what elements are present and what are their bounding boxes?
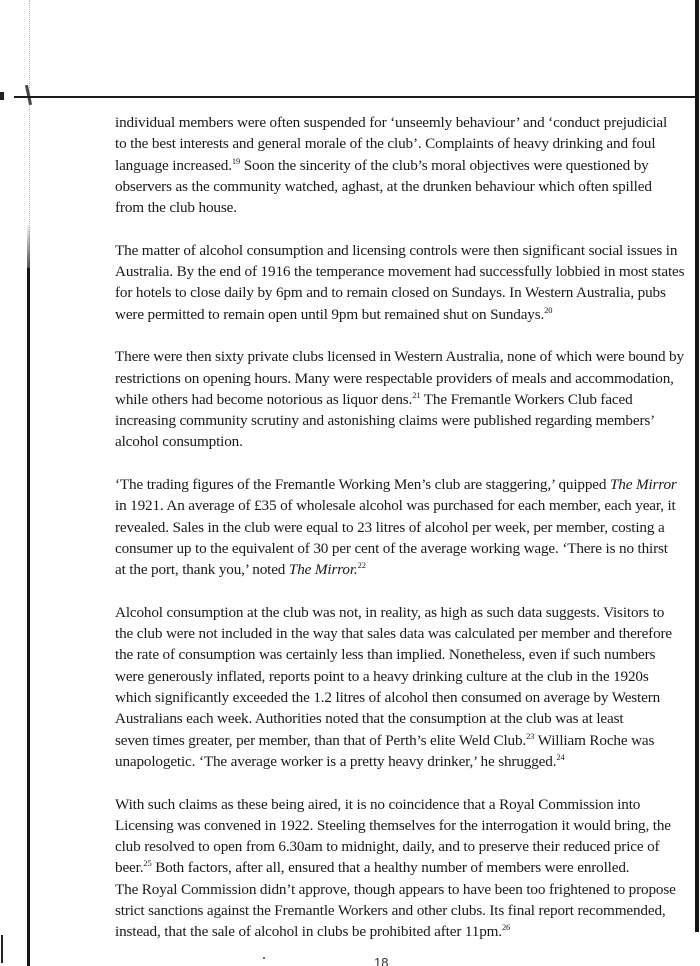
text-line: Alcohol consumption at the club was not,… [115, 602, 655, 623]
text-line: which significantly exceeded the 1.2 lit… [115, 687, 655, 708]
text-line: There were then sixty private clubs lice… [115, 346, 655, 367]
paragraph-1: individual members were often suspended … [115, 112, 655, 218]
footnote-ref: 25 [143, 858, 151, 868]
footnote-ref: 20 [544, 305, 552, 315]
header-rule [14, 96, 698, 98]
text-line: The Royal Commission didn’t approve, tho… [115, 879, 655, 900]
italic-title: The Mirror [610, 476, 677, 493]
page-number: 18 [374, 955, 388, 966]
footnote-ref: 23 [526, 731, 534, 741]
text-line: unapologetic. ‘The average worker is a p… [115, 751, 655, 772]
footnote-ref: 24 [556, 752, 564, 762]
paragraph-4: ‘The trading figures of the Fremantle Wo… [115, 474, 655, 580]
text-line: strict sanctions against the Fremantle W… [115, 900, 655, 921]
text-line: individual members were often suspended … [115, 112, 655, 133]
text-line: Australians each week. Authorities noted… [115, 708, 655, 729]
text-line: for hotels to close daily by 6pm and to … [115, 282, 655, 303]
crop-mark-tick [0, 92, 4, 100]
text-line: the rate of consumption was certainly le… [115, 644, 655, 665]
text-line: were permitted to remain open until 9pm … [115, 304, 655, 325]
text-line: consumer up to the equivalent of 30 per … [115, 538, 655, 559]
text-line: at the port, thank you,’ noted The Mirro… [115, 559, 655, 580]
left-corner-mark [1, 935, 3, 963]
text-line: observers as the community watched, agha… [115, 176, 655, 197]
text-line: revealed. Sales in the club were equal t… [115, 517, 655, 538]
text-line: The matter of alcohol consumption and li… [115, 240, 655, 261]
text-line: instead, that the sale of alcohol in clu… [115, 921, 655, 942]
text-line: language increased.19 Soon the sincerity… [115, 155, 655, 176]
text-line: beer.25 Both factors, after all, ensured… [115, 857, 655, 878]
text-line: seven times greater, per member, than th… [115, 730, 655, 751]
footnote-ref: 19 [232, 156, 240, 166]
left-binding-edge-fade [27, 225, 30, 270]
text-line: from the club house. [115, 197, 655, 218]
text-line: restrictions on opening hours. Many were… [115, 368, 655, 389]
footnote-ref: 26 [502, 922, 510, 932]
text-line: in 1921. An average of £35 of wholesale … [115, 495, 655, 516]
text-line: the club were not included in the way th… [115, 623, 655, 644]
scan-speck [263, 957, 265, 959]
right-binding-edge [695, 0, 699, 932]
italic-title: The Mirror. [289, 561, 358, 578]
text-line: to the best interests and general morale… [115, 133, 655, 154]
body-text: individual members were often suspended … [115, 112, 655, 943]
paragraph-6: With such claims as these being aired, i… [115, 794, 655, 943]
text-line: alcohol consumption. [115, 431, 655, 452]
scanned-page: individual members were often suspended … [0, 0, 700, 966]
text-line: were generously inflated, reports point … [115, 666, 655, 687]
text-line: increasing community scrutiny and astoni… [115, 410, 655, 431]
footnote-ref: 22 [358, 560, 366, 570]
paragraph-3: There were then sixty private clubs lice… [115, 346, 655, 452]
text-line: Licensing was convened in 1922. Steeling… [115, 815, 655, 836]
text-line: With such claims as these being aired, i… [115, 794, 655, 815]
text-line: ‘The trading figures of the Fremantle Wo… [115, 474, 655, 495]
text-line: Australia. By the end of 1916 the temper… [115, 261, 655, 282]
paragraph-5: Alcohol consumption at the club was not,… [115, 602, 655, 772]
text-line: club resolved to open from 6.30am to mid… [115, 836, 655, 857]
paragraph-2: The matter of alcohol consumption and li… [115, 240, 655, 325]
footnote-ref: 21 [412, 390, 420, 400]
text-line: while others had become notorious as liq… [115, 389, 655, 410]
left-binding-edge [27, 268, 30, 966]
